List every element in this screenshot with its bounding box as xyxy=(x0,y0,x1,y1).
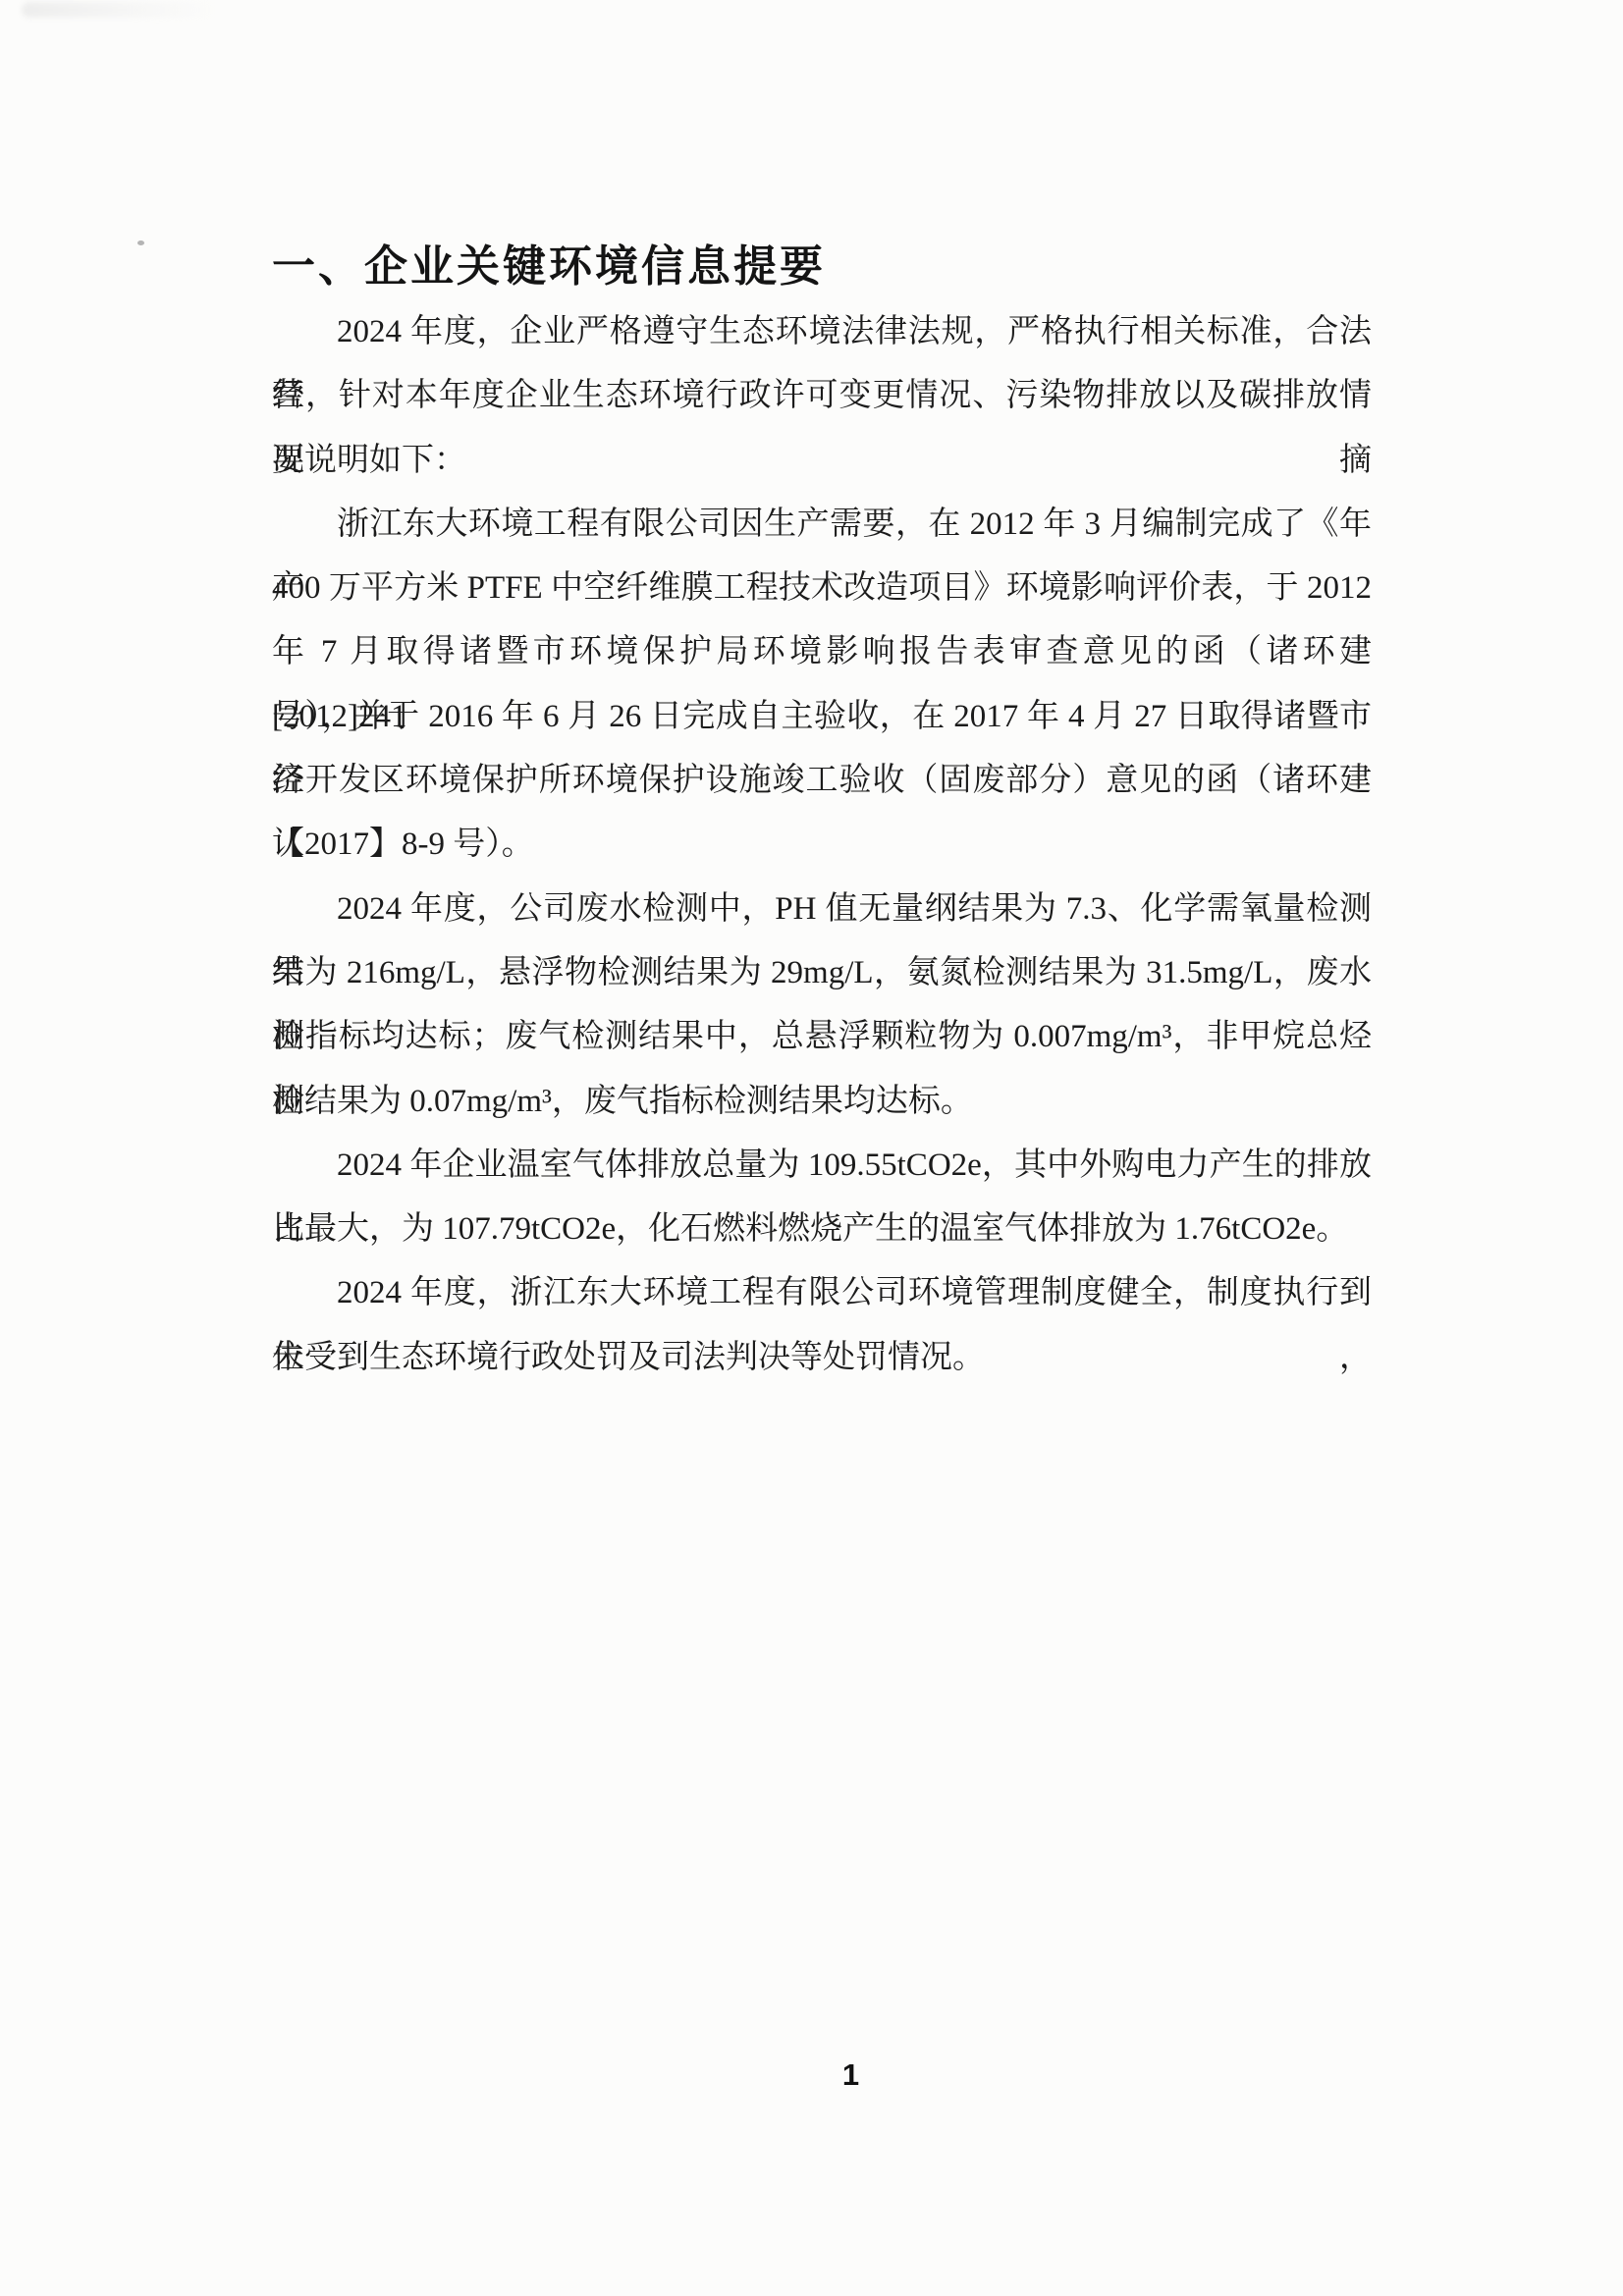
text-line: 浙江东大环境工程有限公司因生产需要，在 2012 年 3 月编制完成了《年产 xyxy=(272,493,1372,557)
text-line: 号），并于 2016 年 6 月 26 日完成自主验收，在 2017 年 4 月… xyxy=(272,685,1372,749)
text-line: 400 万平方米 PTFE 中空纤维膜工程技术改造项目》环境影响评价表，于 20… xyxy=(272,557,1372,620)
scan-artifact-smudge xyxy=(22,2,218,18)
text-line: 2024 年度，浙江东大环境工程有限公司环境管理制度健全，制度执行到位， xyxy=(272,1261,1372,1325)
document-page: 一、企业关键环境信息提要 2024 年度，企业严格遵守生态环境法律法规，严格执行… xyxy=(0,0,1623,2296)
document-body: 2024 年度，企业严格遵守生态环境法律法规，严格执行相关标准，合法经营，针对本… xyxy=(272,300,1372,1390)
page-number: 1 xyxy=(0,2057,1623,2093)
section-heading: 一、企业关键环境信息提要 xyxy=(272,231,826,294)
text-line: 营，针对本年度企业生态环境行政许可变更情况、污染物排放以及碳排放情况摘 xyxy=(272,364,1372,428)
text-line: 果为 216mg/L，悬浮物检测结果为 29mg/L，氨氮检测结果为 31.5m… xyxy=(272,941,1372,1005)
text-line: 2024 年企业温室气体排放总量为 109.55tCO2e，其中外购电力产生的排… xyxy=(272,1134,1372,1198)
text-line: 测结果为 0.07mg/m³，废气指标检测结果均达标。 xyxy=(272,1070,1372,1134)
text-line: 年 7 月取得诸暨市环境保护局环境影响报告表审查意见的函（诸环建[2012]24… xyxy=(272,620,1372,684)
text-line: 2024 年度，公司废水检测中，PH 值无量纲结果为 7.3、化学需氧量检测结 xyxy=(272,878,1372,941)
text-line: 测指标均达标；废气检测结果中，总悬浮颗粒物为 0.007mg/m³，非甲烷总烃检 xyxy=(272,1005,1372,1069)
text-line: 济开发区环境保护所环境保护设施竣工验收（固废部分）意见的函（诸环建认 xyxy=(272,749,1372,813)
text-line: 比最大，为 107.79tCO2e，化石燃料燃烧产生的温室气体排放为 1.76t… xyxy=(272,1198,1372,1261)
text-line: 【2017】8-9 号）。 xyxy=(272,813,1372,877)
text-line: 2024 年度，企业严格遵守生态环境法律法规，严格执行相关标准，合法经 xyxy=(272,300,1372,364)
scan-artifact-dot xyxy=(137,240,144,245)
